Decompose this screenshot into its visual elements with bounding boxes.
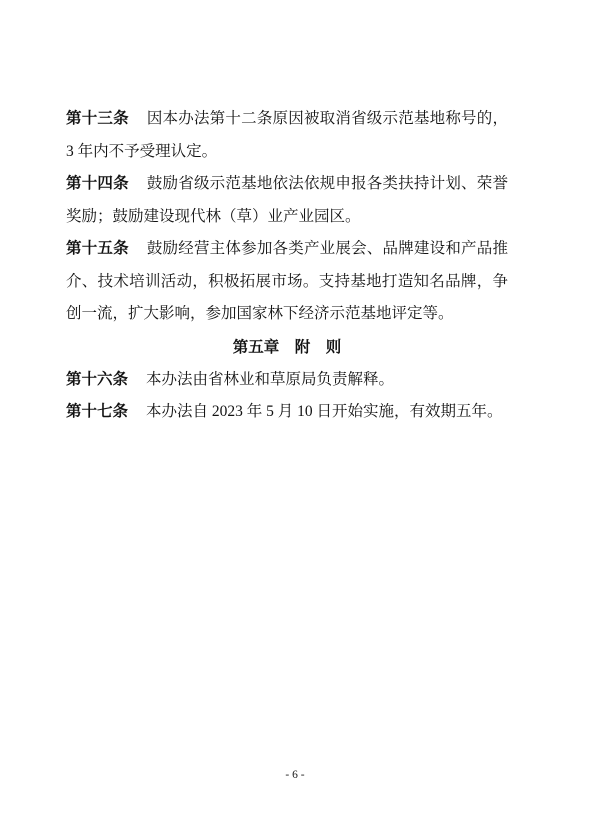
article-text: 本办法由省林业和草原局负责解释。 (146, 371, 394, 388)
article-paragraph: 第十四条鼓励省级示范基地依法依规申报各类扶持计划、荣誉奖励；鼓励建设现代林（草）… (66, 168, 508, 233)
document-body: 第十三条因本办法第十二条原因被取消省级示范基地称号的，3 年内不予受理认定。 第… (66, 103, 508, 429)
article-paragraph: 第十三条因本办法第十二条原因被取消省级示范基地称号的，3 年内不予受理认定。 (66, 103, 508, 168)
article-text: 因本办法第十二条原因被取消省级示范基地称号的，3 年内不予受理认定。 (66, 110, 508, 160)
article-text: 鼓励省级示范基地依法依规申报各类扶持计划、荣誉奖励；鼓励建设现代林（草）业产业园… (66, 175, 508, 225)
article-paragraph: 第十七条本办法自 2023 年 5 月 10 日开始实施，有效期五年。 (66, 396, 508, 429)
article-number: 第十七条 (66, 403, 128, 420)
article-text: 本办法自 2023 年 5 月 10 日开始实施，有效期五年。 (146, 403, 503, 420)
article-number: 第十三条 (66, 110, 129, 127)
page-number: - 6 - (0, 767, 590, 783)
article-number: 第十六条 (66, 371, 128, 388)
article-text: 鼓励经营主体参加各类产业展会、品牌建设和产品推介、技术培训活动，积极拓展市场。支… (66, 240, 508, 322)
chapter-heading: 第五章 附 则 (66, 331, 508, 364)
document-page: 第十三条因本办法第十二条原因被取消省级示范基地称号的，3 年内不予受理认定。 第… (0, 0, 590, 837)
article-paragraph: 第十六条本办法由省林业和草原局负责解释。 (66, 364, 508, 397)
article-paragraph: 第十五条鼓励经营主体参加各类产业展会、品牌建设和产品推介、技术培训活动，积极拓展… (66, 233, 508, 331)
article-number: 第十五条 (66, 240, 129, 257)
article-number: 第十四条 (66, 175, 129, 192)
